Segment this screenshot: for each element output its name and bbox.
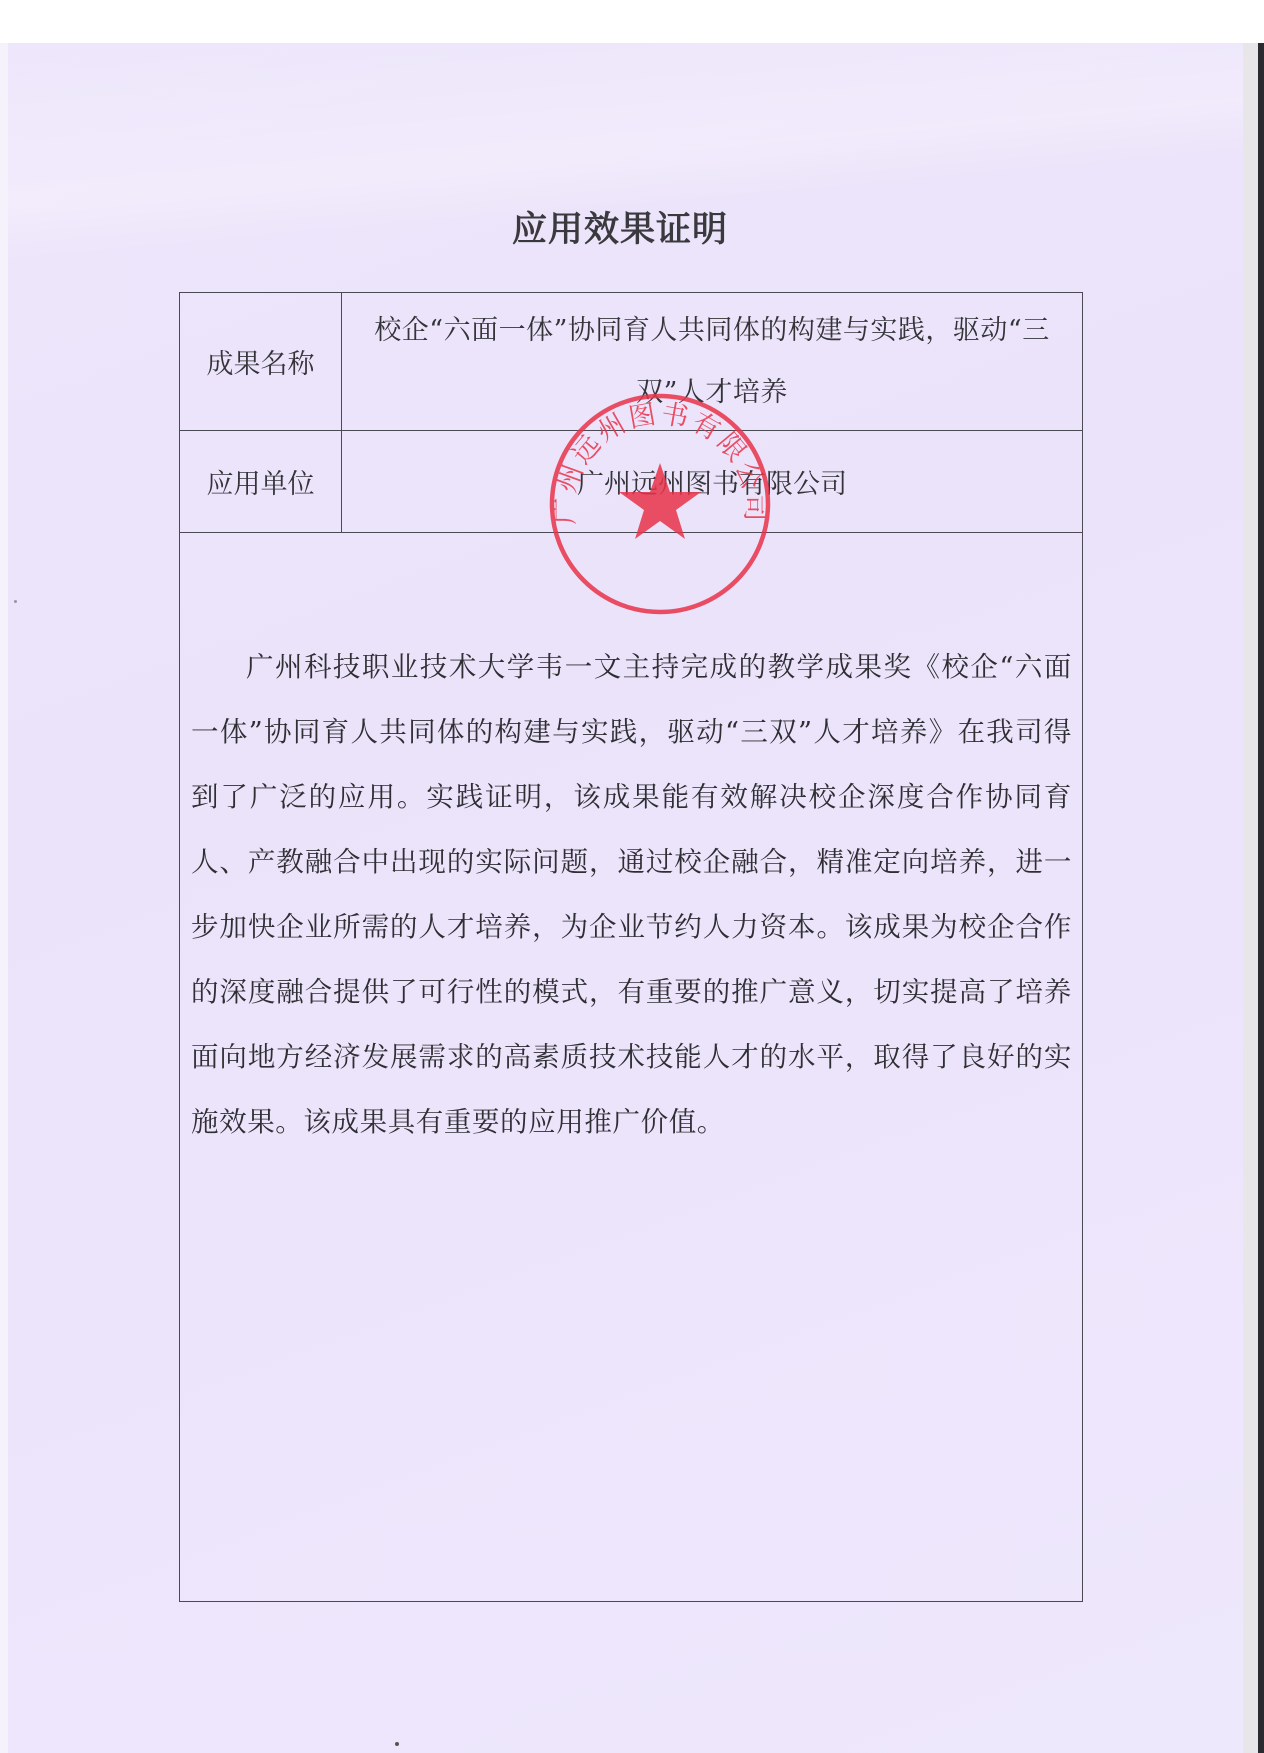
certificate-table: 成果名称 校企“六面一体”协同育人共同体的构建与实践，驱动“三双”人才培养 应用… — [179, 292, 1083, 1602]
scanner-edge — [1258, 43, 1264, 1753]
page-right-margin — [1243, 43, 1258, 1753]
page-left-edge — [0, 43, 8, 1753]
paper-speck — [395, 1742, 399, 1746]
statement-paragraph: 广州科技职业技术大学韦一文主持完成的教学成果奖《校企“六面一体”协同育人共同体的… — [191, 635, 1072, 1155]
applying-unit-value: 广州远州图书有限公司 — [342, 431, 1082, 532]
applying-unit-label: 应用单位 — [180, 431, 342, 532]
achievement-name-value: 校企“六面一体”协同育人共同体的构建与实践，驱动“三双”人才培养 — [342, 293, 1082, 430]
achievement-name-label: 成果名称 — [180, 293, 342, 430]
table-row-statement: 广州科技职业技术大学韦一文主持完成的教学成果奖《校企“六面一体”协同育人共同体的… — [180, 533, 1082, 1601]
table-row-achievement-name: 成果名称 校企“六面一体”协同育人共同体的构建与实践，驱动“三双”人才培养 — [180, 293, 1082, 431]
document-title: 应用效果证明 — [0, 202, 1240, 252]
paper-speck — [14, 600, 17, 603]
table-row-applying-unit: 应用单位 广州远州图书有限公司 — [180, 431, 1082, 533]
